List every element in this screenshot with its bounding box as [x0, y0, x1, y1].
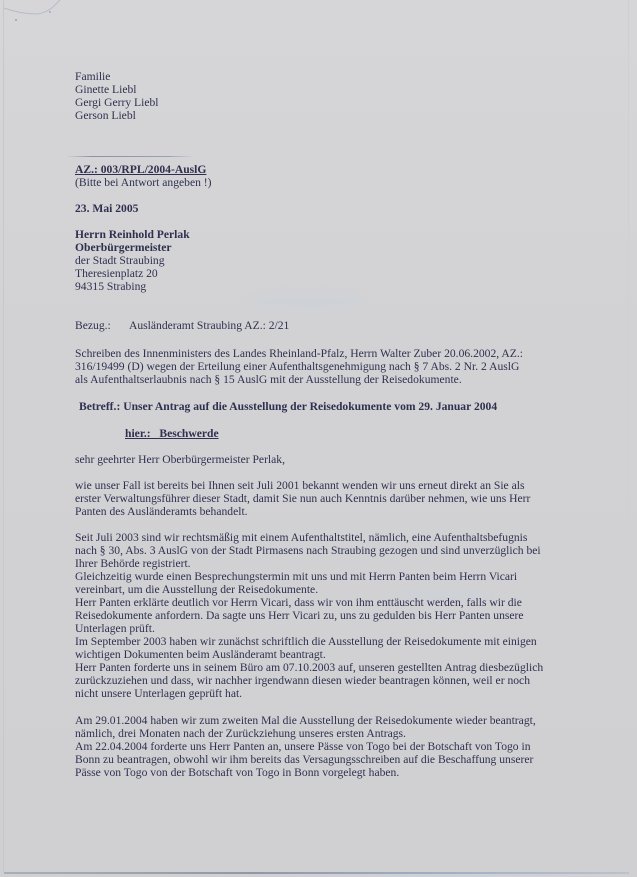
sender-line: Gerson Liebl [75, 109, 136, 122]
salutation: sehr geehrter Herr Oberbürgermeister Per… [75, 453, 285, 466]
sender-line: Familie [75, 70, 110, 83]
scan-edge-left [3, 0, 4, 872]
bezug-value: Ausländeramt Straubing AZ.: 2/21 [129, 319, 289, 332]
recipient-line: 94315 Strabing [75, 280, 146, 293]
text-line: Unterlagen prüft. [75, 622, 155, 635]
text-line: nämlich, drei Monaten nach der Zurückzie… [75, 727, 406, 740]
text-line: erster Verwaltungsführer dieser Stadt, d… [75, 492, 530, 505]
text-line: als Aufenthaltserlaubnis nach § 15 AuslG… [75, 373, 462, 386]
recipient-title: Oberbürgermeister [75, 241, 172, 254]
recipient-line: der Stadt Straubing [75, 254, 165, 267]
text-line: wichtigen Dokumenten beim Ausländeramt b… [75, 648, 326, 661]
text-line: Seit Juli 2003 sind wir rechtsmäßig mit … [75, 531, 527, 544]
letter-date: 23. Mai 2005 [75, 202, 138, 215]
text-line: Pässe von Togo von der Botschaft von Tog… [75, 766, 399, 779]
scanned-letter-page: Familie Ginette Liebl Gergi Gerry Liebl … [0, 0, 637, 877]
text-line: Reisedokumente anfordern. Da sagte uns H… [75, 609, 524, 622]
subject-line: Betreff.: Unser Antrag auf die Ausstellu… [79, 400, 497, 413]
recipient-name: Herrn Reinhold Perlak [75, 228, 190, 241]
text-line: nach § 30, Abs. 3 AuslG von der Stadt Pi… [75, 544, 541, 557]
recipient-line: Theresienplatz 20 [75, 267, 158, 280]
text-line: zurückzuziehen und dass, wir nachher irg… [75, 674, 530, 687]
scan-artifact-mark [0, 0, 70, 24]
text-line: wie unser Fall ist bereits bei Ihnen sei… [75, 479, 524, 492]
reference-note: (Bitte bei Antwort angeben !) [75, 176, 212, 189]
sender-line: Ginette Liebl [75, 83, 137, 96]
text-line: Ihrer Behörde registriert. [75, 557, 191, 570]
text-line: 316/19499 (D) wegen der Erteilung einer … [75, 360, 519, 373]
text-line: Panten des Ausländeramts behandelt. [75, 505, 248, 518]
text-line: nicht unsere Unterlagen geprüft hat. [75, 687, 242, 700]
text-line: Am 29.01.2004 haben wir zum zweiten Mal … [75, 714, 536, 727]
text-line: Gleichzeitig wurde einen Besprechungster… [75, 570, 517, 583]
text-line: Am 22.04.2004 forderte uns Herr Panten a… [75, 740, 531, 753]
text-line: Herr Panten forderte uns in seinem Büro … [75, 661, 543, 674]
text-line: vereinbart, um die Ausstellung der Reise… [75, 583, 318, 596]
sender-line: Gergi Gerry Liebl [75, 96, 159, 109]
subject-sub-line: hier.: Beschwerde [125, 427, 219, 440]
text-line: Herr Panten erklärte deutlich vor Herrn … [75, 596, 522, 609]
text-line: Schreiben des Innenministers des Landes … [75, 347, 523, 360]
scan-edge-right [628, 0, 629, 872]
separator-line [66, 156, 194, 157]
text-line: Bonn zu beantragen, obwohl wir ihm berei… [75, 753, 533, 766]
reference-number: AZ.: 003/RPL/2004-AuslG [75, 163, 206, 176]
scan-smudge [250, 292, 360, 312]
bezug-label: Bezug.: [75, 319, 111, 332]
text-line: Im September 2003 haben wir zunächst sch… [75, 635, 537, 648]
scan-edge-bottom [4, 872, 629, 874]
